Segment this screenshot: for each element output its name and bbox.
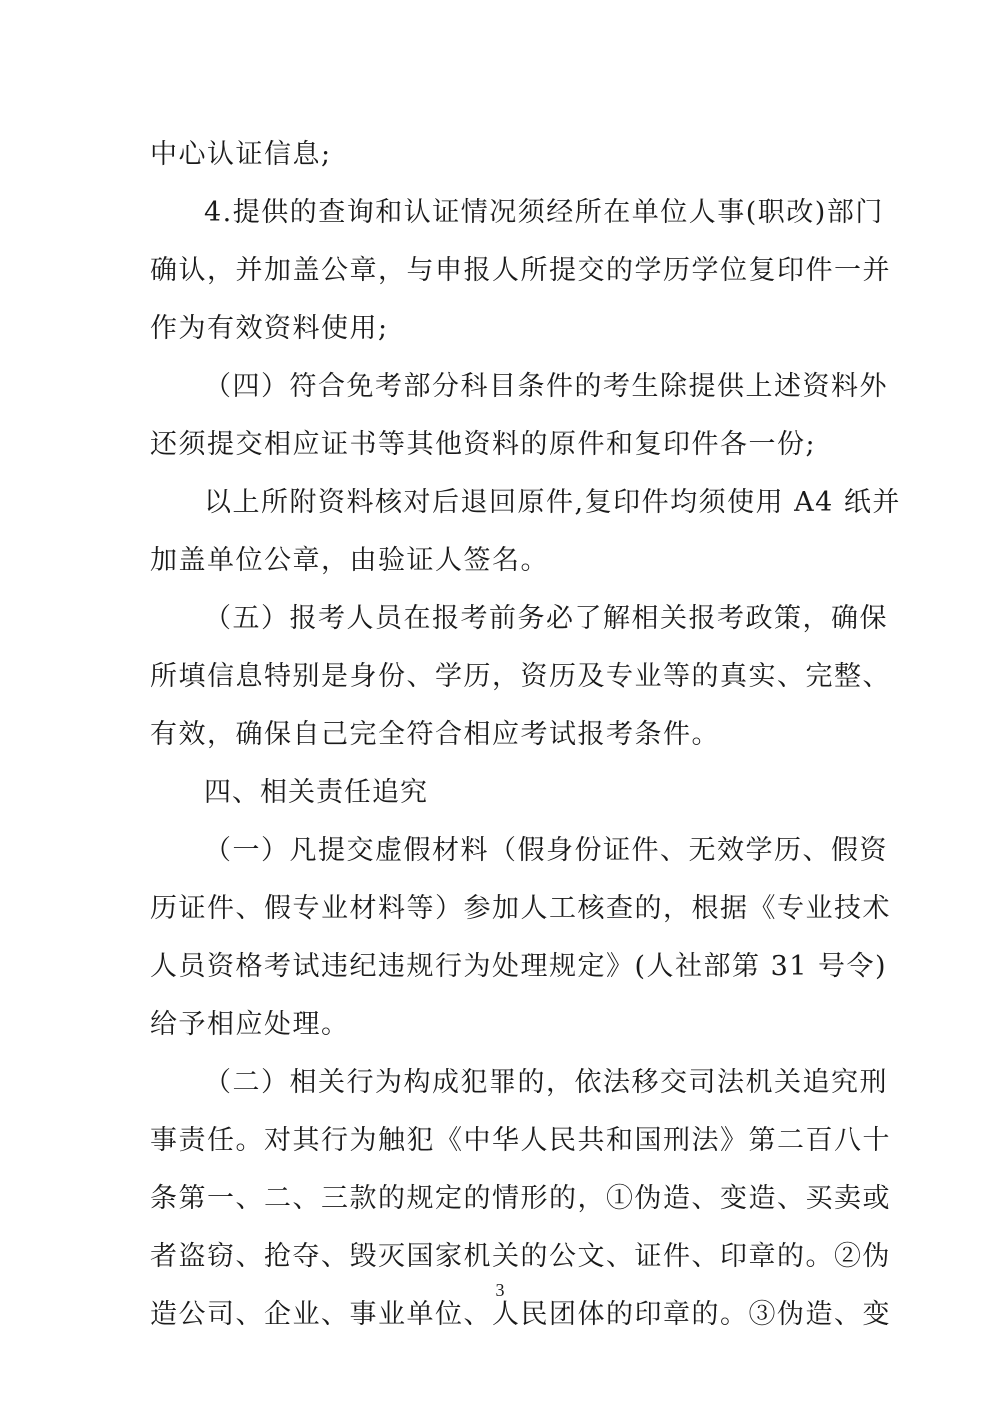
text-line: 事责任。对其行为触犯《中华人民共和国刑法》第二百八十 [150, 1124, 850, 1158]
text-line: 条第一、二、三款的规定的情形的，①伪造、变造、买卖或 [150, 1182, 850, 1216]
text-line: （二）相关行为构成犯罪的，依法移交司法机关追究刑 [204, 1066, 850, 1100]
text-line: 以上所附资料核对后退回原件,复印件均须使用 A4 纸并 [204, 486, 850, 520]
text-line: 造公司、企业、事业单位、人民团体的印章的。③伪造、变 [150, 1298, 850, 1332]
text-line: 中心认证信息; [150, 138, 850, 172]
text-line: 还须提交相应证书等其他资料的原件和复印件各一份; [150, 428, 850, 462]
text-line: 人员资格考试违纪违规行为处理规定》(人社部第 31 号令) [150, 950, 850, 984]
text-line: （一）凡提交虚假材料（假身份证件、无效学历、假资 [204, 834, 850, 868]
text-line: 者盗窃、抢夺、毁灭国家机关的公文、证件、印章的。②伪 [150, 1240, 850, 1274]
text-line: 作为有效资料使用; [150, 312, 850, 346]
text-line: 历证件、假专业材料等）参加人工核查的，根据《专业技术 [150, 892, 850, 926]
text-line: 确认，并加盖公章，与申报人所提交的学历学位复印件一并 [150, 254, 850, 288]
page-number: 3 [0, 1280, 1000, 1301]
section-heading: 四、相关责任追究 [204, 776, 850, 810]
text-line: 所填信息特别是身份、学历，资历及专业等的真实、完整、 [150, 660, 850, 694]
text-line: （五）报考人员在报考前务必了解相关报考政策，确保 [204, 602, 850, 636]
text-line: （四）符合免考部分科目条件的考生除提供上述资料外 [204, 370, 850, 404]
text-line: 给予相应处理。 [150, 1008, 850, 1042]
text-line: 有效，确保自己完全符合相应考试报考条件。 [150, 718, 850, 752]
text-line: 加盖单位公章，由验证人签名。 [150, 544, 850, 578]
document-page: 中心认证信息; 4.提供的查询和认证情况须经所在单位人事(职改)部门 确认，并加… [0, 0, 1000, 1414]
text-line: 4.提供的查询和认证情况须经所在单位人事(职改)部门 [204, 196, 850, 230]
